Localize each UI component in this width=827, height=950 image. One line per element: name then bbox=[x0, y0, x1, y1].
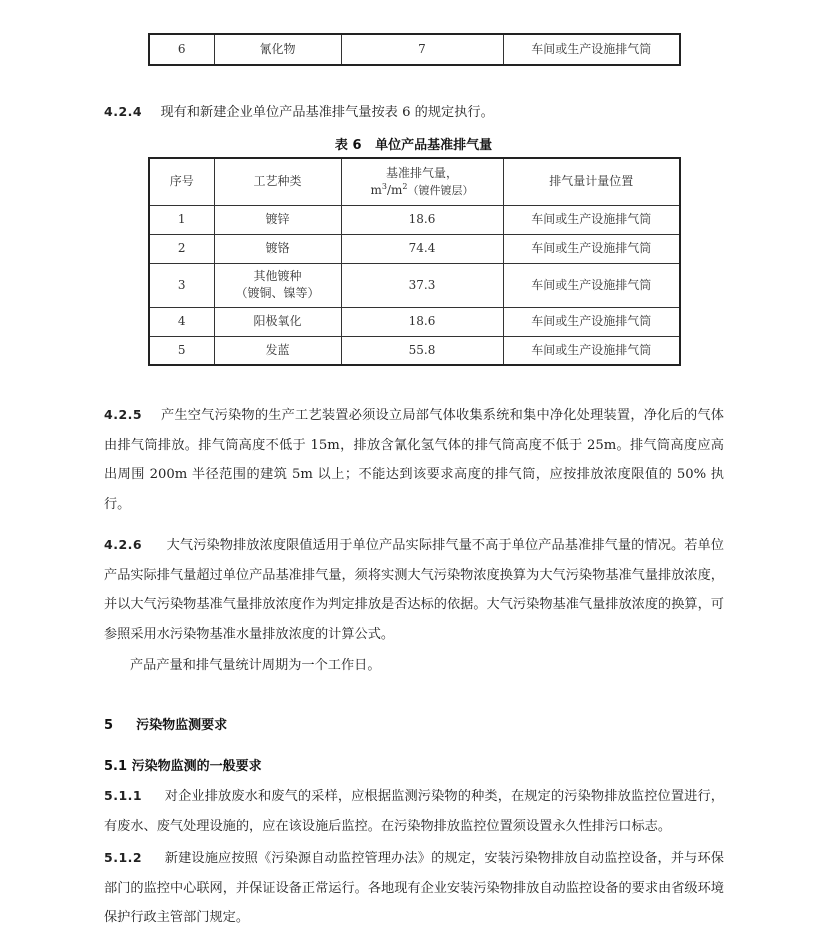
header-index: 序号 bbox=[149, 158, 214, 205]
cell-index: 1 bbox=[149, 205, 214, 234]
clause-text: 产生空气污染物的生产工艺装置必须设立局部气体收集系统和集中净化处理装置，净化后的… bbox=[104, 408, 724, 512]
cell-volume: 18.6 bbox=[341, 307, 503, 336]
table-row: 1 镀锌 18.6 车间或生产设施排气筒 bbox=[149, 205, 680, 234]
cell-process-line1: 其他镀种 bbox=[215, 268, 341, 285]
cell-process: 镀铬 bbox=[214, 234, 341, 263]
cell-volume: 74.4 bbox=[341, 234, 503, 263]
unit-m: m bbox=[371, 183, 382, 197]
header-volume-label: 基准排气量， bbox=[342, 165, 503, 182]
header-volume: 基准排气量， m3/m2（镀件镀层） bbox=[341, 158, 503, 205]
unit-per-m: /m bbox=[387, 183, 402, 197]
cell-item: 氰化物 bbox=[214, 34, 341, 65]
cell-process: 其他镀种 （镀铜、镍等） bbox=[214, 263, 341, 307]
cell-value: 7 bbox=[341, 34, 503, 65]
section-5-1-heading: 5.1 污染物监测的一般要求 bbox=[104, 755, 262, 774]
cell-index: 3 bbox=[149, 263, 214, 307]
cell-index: 5 bbox=[149, 336, 214, 365]
section-title: 污染物监测的一般要求 bbox=[132, 759, 262, 774]
table-row: 2 镀铬 74.4 车间或生产设施排气筒 bbox=[149, 234, 680, 263]
section-number: 5 bbox=[104, 718, 113, 733]
cell-index: 2 bbox=[149, 234, 214, 263]
cell-process: 阳极氧化 bbox=[214, 307, 341, 336]
table-row: 5 发蓝 55.8 车间或生产设施排气筒 bbox=[149, 336, 680, 365]
clause-number: 4.2.6 bbox=[104, 537, 142, 552]
cell-location: 车间或生产设施排气筒 bbox=[503, 336, 680, 365]
clause-5-1-1: 5.1.1 对企业排放废水和废气的采样，应根据监测污染物的种类，在规定的污染物排… bbox=[104, 781, 724, 841]
clause-4-2-6-note: 产品产量和排气量统计周期为一个工作日。 bbox=[104, 651, 724, 681]
table-6: 序号 工艺种类 基准排气量， m3/m2（镀件镀层） 排气量计量位置 1 镀锌 … bbox=[148, 157, 681, 366]
clause-number: 4.2.4 bbox=[104, 104, 142, 119]
clause-number: 5.1.1 bbox=[104, 788, 142, 803]
cell-index: 6 bbox=[149, 34, 214, 65]
cell-location: 车间或生产设施排气筒 bbox=[503, 234, 680, 263]
section-5-heading: 5 污染物监测要求 bbox=[104, 714, 227, 733]
clause-text: 对企业排放废水和废气的采样，应根据监测污染物的种类，在规定的污染物排放监控位置进… bbox=[104, 789, 724, 834]
section-title: 污染物监测要求 bbox=[136, 718, 227, 733]
cell-location: 车间或生产设施排气筒 bbox=[503, 34, 680, 65]
cell-volume: 18.6 bbox=[341, 205, 503, 234]
clause-text: 大气污染物排放浓度限值适用于单位产品实际排气量不高于单位产品基准排气量的情况。若… bbox=[104, 538, 724, 642]
table-row: 3 其他镀种 （镀铜、镍等） 37.3 车间或生产设施排气筒 bbox=[149, 263, 680, 307]
note-text: 产品产量和排气量统计周期为一个工作日。 bbox=[130, 658, 381, 673]
cell-process: 发蓝 bbox=[214, 336, 341, 365]
cell-process-line2: （镀铜、镍等） bbox=[215, 285, 341, 302]
header-volume-unit: m3/m2（镀件镀层） bbox=[342, 182, 503, 199]
table-row: 4 阳极氧化 18.6 车间或生产设施排气筒 bbox=[149, 307, 680, 336]
clause-number: 4.2.5 bbox=[104, 407, 142, 422]
clause-4-2-6: 4.2.6 大气污染物排放浓度限值适用于单位产品实际排气量不高于单位产品基准排气… bbox=[104, 530, 724, 649]
prev-table-continuation: 6 氰化物 7 车间或生产设施排气筒 bbox=[148, 33, 681, 66]
clause-text: 现有和新建企业单位产品基准排气量按表 6 的规定执行。 bbox=[161, 105, 494, 120]
table-row: 6 氰化物 7 车间或生产设施排气筒 bbox=[149, 34, 680, 65]
table-caption: 表 6 单位产品基准排气量 bbox=[0, 134, 827, 153]
cell-location: 车间或生产设施排气筒 bbox=[503, 205, 680, 234]
clause-5-1-2: 5.1.2 新建设施应按照《污染源自动监控管理办法》的规定，安装污染物排放自动监… bbox=[104, 843, 724, 933]
cell-volume: 37.3 bbox=[341, 263, 503, 307]
section-number: 5.1 bbox=[104, 759, 127, 774]
clause-4-2-4: 4.2.4 现有和新建企业单位产品基准排气量按表 6 的规定执行。 bbox=[104, 97, 724, 128]
table-header-row: 序号 工艺种类 基准排气量， m3/m2（镀件镀层） 排气量计量位置 bbox=[149, 158, 680, 205]
cell-location: 车间或生产设施排气筒 bbox=[503, 307, 680, 336]
clause-number: 5.1.2 bbox=[104, 850, 142, 865]
clause-text: 新建设施应按照《污染源自动监控管理办法》的规定，安装污染物排放自动监控设备，并与… bbox=[104, 851, 724, 925]
cell-volume: 55.8 bbox=[341, 336, 503, 365]
cell-process: 镀锌 bbox=[214, 205, 341, 234]
header-process: 工艺种类 bbox=[214, 158, 341, 205]
cell-index: 4 bbox=[149, 307, 214, 336]
header-location: 排气量计量位置 bbox=[503, 158, 680, 205]
clause-4-2-5: 4.2.5 产生空气污染物的生产工艺装置必须设立局部气体收集系统和集中净化处理装… bbox=[104, 400, 724, 519]
cell-location: 车间或生产设施排气筒 bbox=[503, 263, 680, 307]
unit-note: （镀件镀层） bbox=[408, 184, 474, 197]
